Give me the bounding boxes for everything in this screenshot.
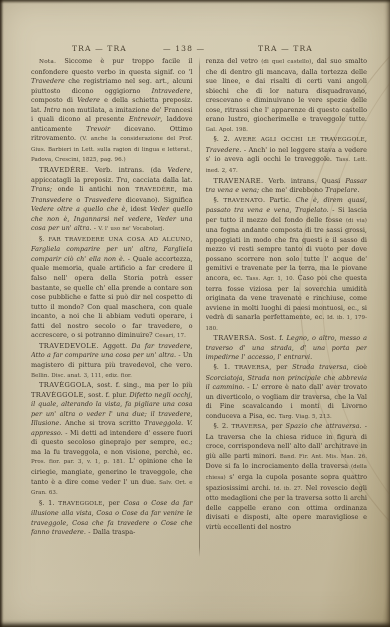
dictionary-paragraph: TRAVENARE. Verb. intrans. Quasi Passar t… — [206, 177, 368, 196]
right-column: renza del vetro (di quel castello), dal … — [206, 57, 368, 557]
dictionary-paragraph: TRAVÈGGOLA, sost. f. sing., ma per lo pi… — [31, 381, 193, 499]
dictionary-paragraph: TRAVEDEVOLE. Aggett. Da far travedere, A… — [31, 342, 193, 381]
running-head: TRA — TRA — 138 — TRA — TRA — [0, 44, 390, 56]
text-columns: Nota. Siccome è pur troppo facile il con… — [31, 57, 367, 557]
running-head-left: TRA — TRA — [72, 44, 127, 53]
column-divider-rule — [199, 57, 200, 557]
dictionary-paragraph: Nota. Siccome è pur troppo facile il con… — [31, 57, 193, 166]
dictionary-paragraph: TRAVERSA. Sost. f. Legno, o altro, messo… — [206, 334, 368, 363]
dictionary-paragraph: §. TRAVENATO. Partic. Che è, direm quasi… — [206, 196, 368, 335]
dictionary-paragraph: renza del vetro (di quel castello), dal … — [206, 57, 368, 135]
dictionary-paragraph: §. 1. TRAVERSA, per Strada traversa, cio… — [206, 363, 368, 422]
page-number: — 138 — — [163, 44, 205, 53]
dictionary-paragraph: §. 1. TRAVEGGOLE, per Cosa o Cose da far… — [31, 499, 193, 538]
dictionary-paragraph: §. 2. TRAVERSA, per Spazio che attravers… — [206, 422, 368, 532]
dictionary-paragraph: TRAVEDÉRE. Verb. intrans. (da Vedere, ap… — [31, 166, 193, 235]
running-head-right: TRA — TRA — [258, 44, 313, 53]
left-column: Nota. Siccome è pur troppo facile il con… — [31, 57, 193, 557]
dictionary-paragraph: §. FAR TRAVEDERE UNA COSA AD ALCUNO, Far… — [31, 235, 193, 342]
scanned-dictionary-page: TRA — TRA — 138 — TRA — TRA Nota. Siccom… — [0, 0, 390, 627]
dictionary-paragraph: §. 2. AVERE AGLI OCCHI LE TRAVEGGOLE, Tr… — [206, 135, 368, 176]
